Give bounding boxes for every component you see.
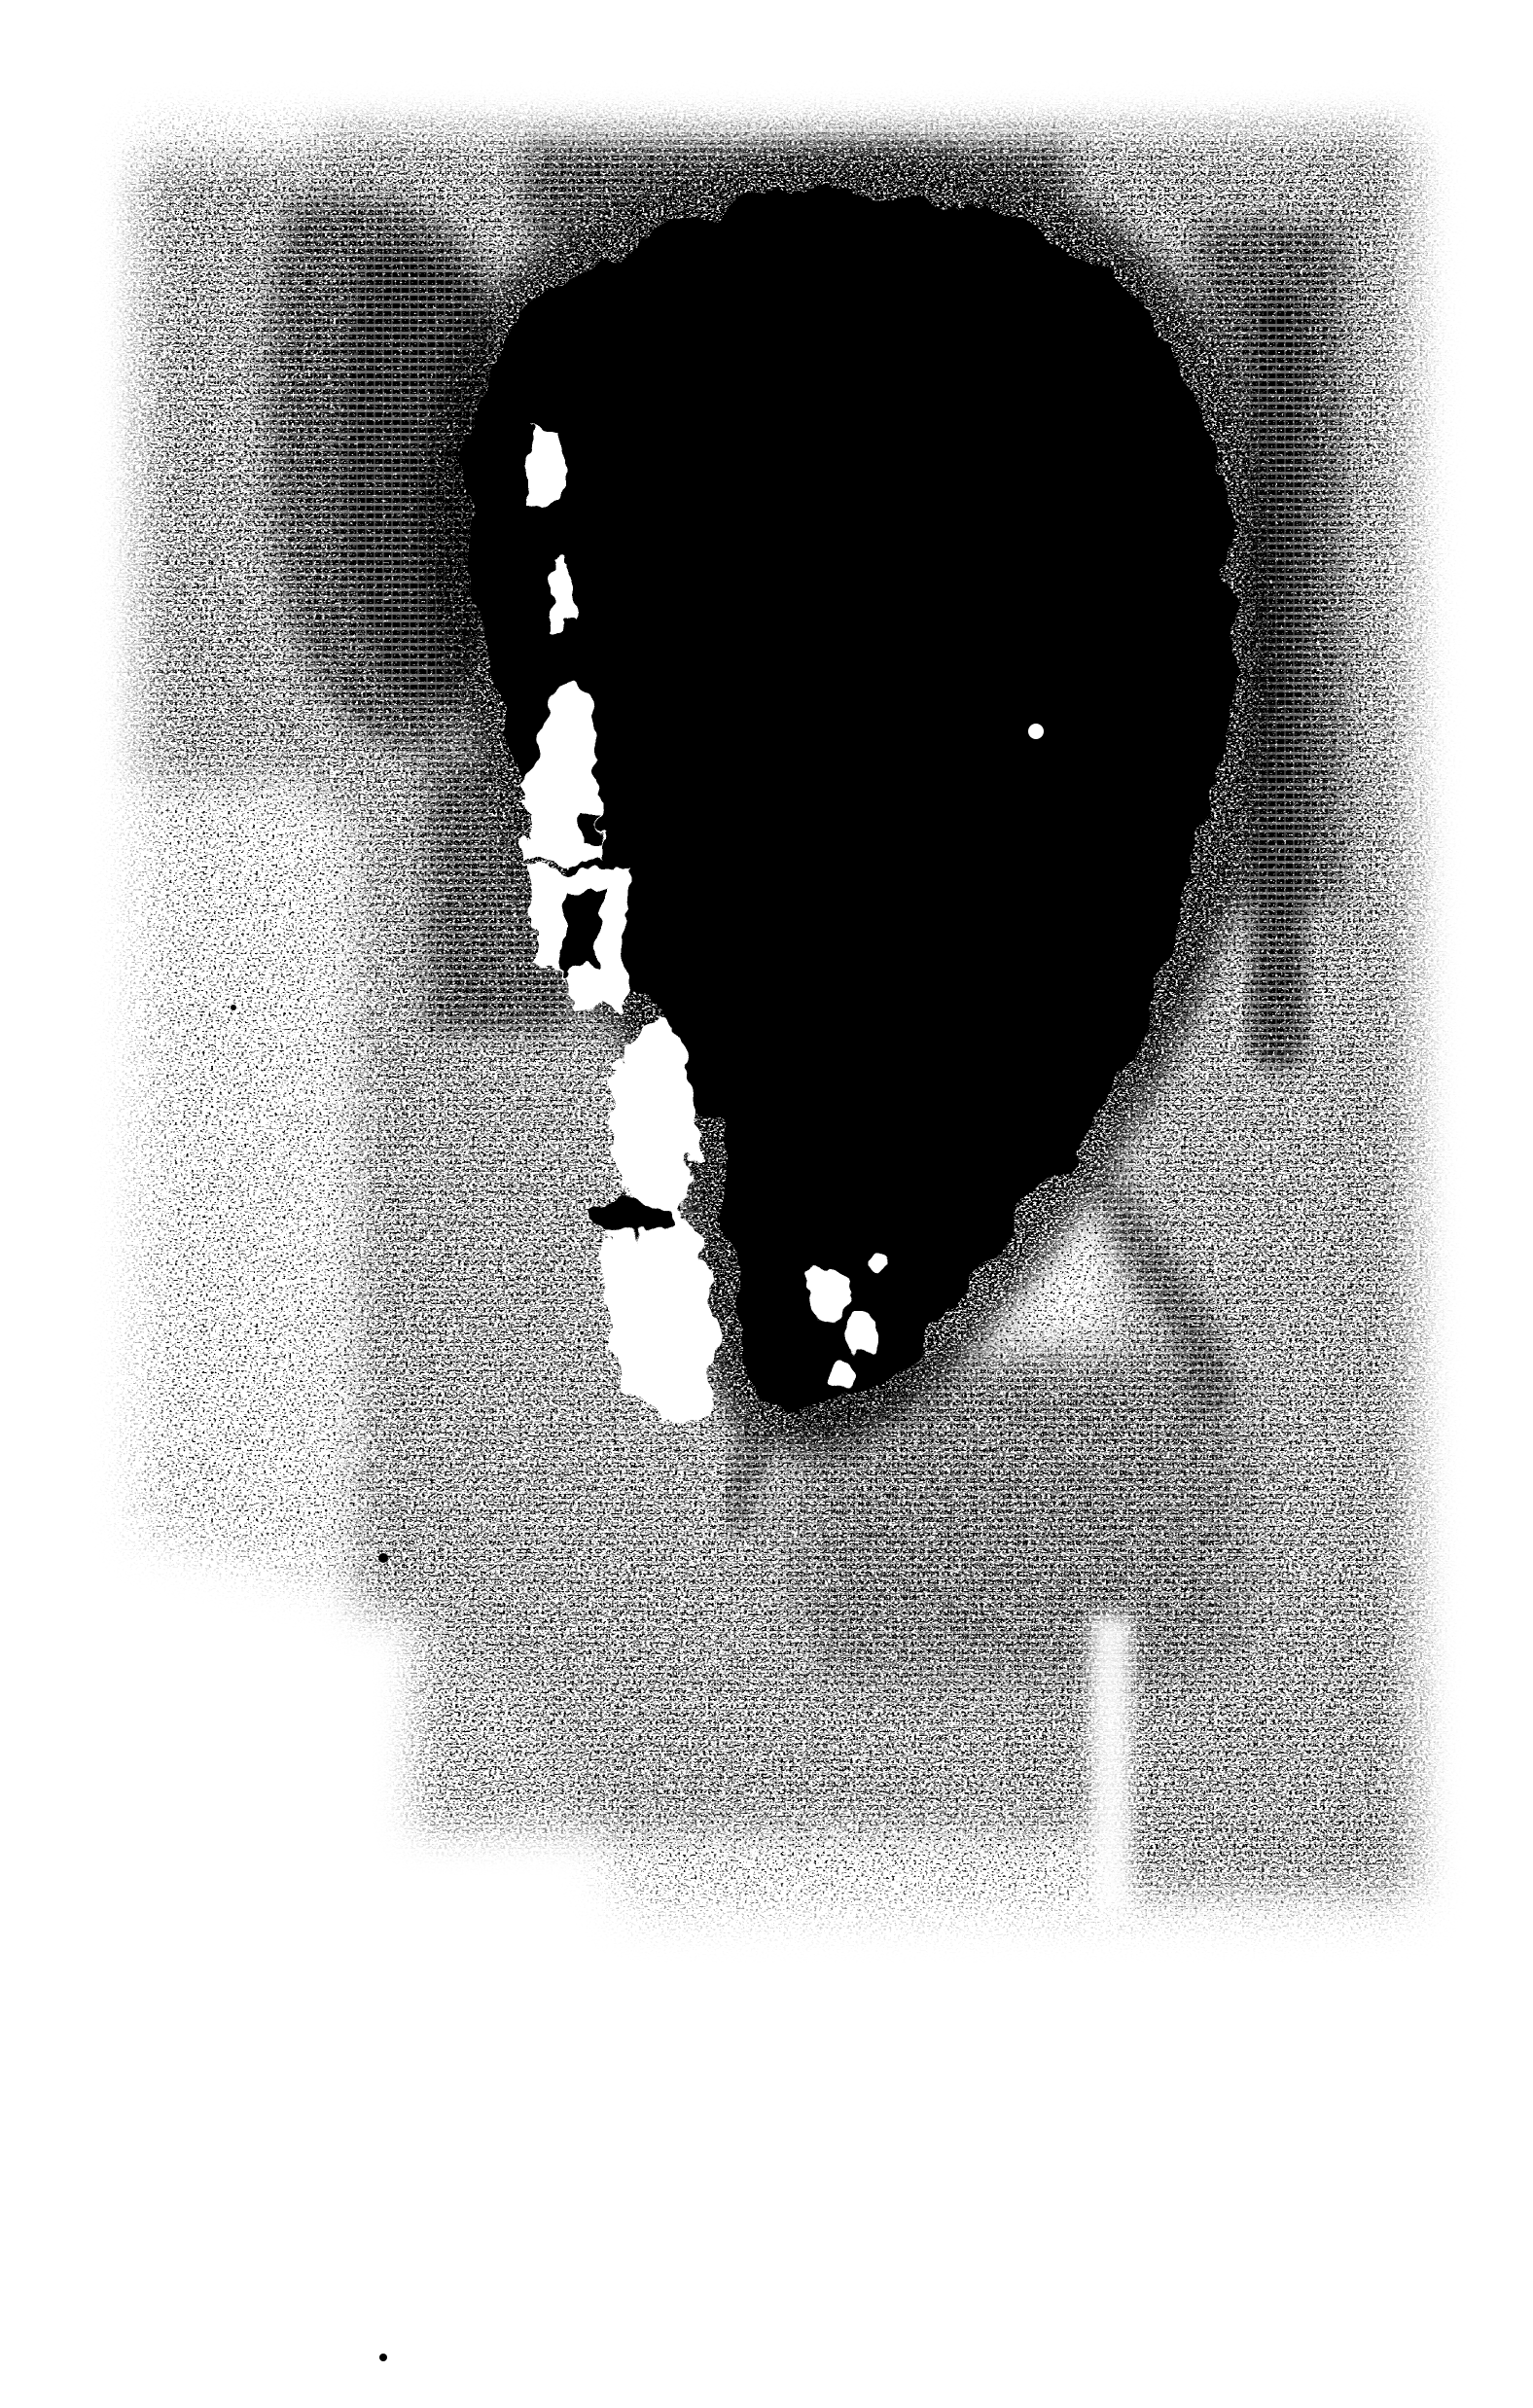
degraded-portrait-scan: Heavily degraded high-contrast black and… — [0, 0, 1533, 2408]
hair-speck — [1028, 724, 1044, 739]
stray-fleck — [378, 1553, 388, 1563]
edge-bubble — [844, 1319, 883, 1358]
stray-fleck — [231, 1005, 236, 1010]
texture-gap — [1089, 1614, 1132, 1916]
stray-fleck — [379, 2354, 387, 2361]
edge-bubble — [803, 1270, 854, 1321]
cheek-shadow-blob — [591, 1198, 669, 1237]
scanned-photograph: Heavily degraded high-contrast black and… — [0, 0, 1533, 2408]
edge-bubble — [873, 1256, 894, 1277]
edge-bubble — [826, 1363, 851, 1388]
